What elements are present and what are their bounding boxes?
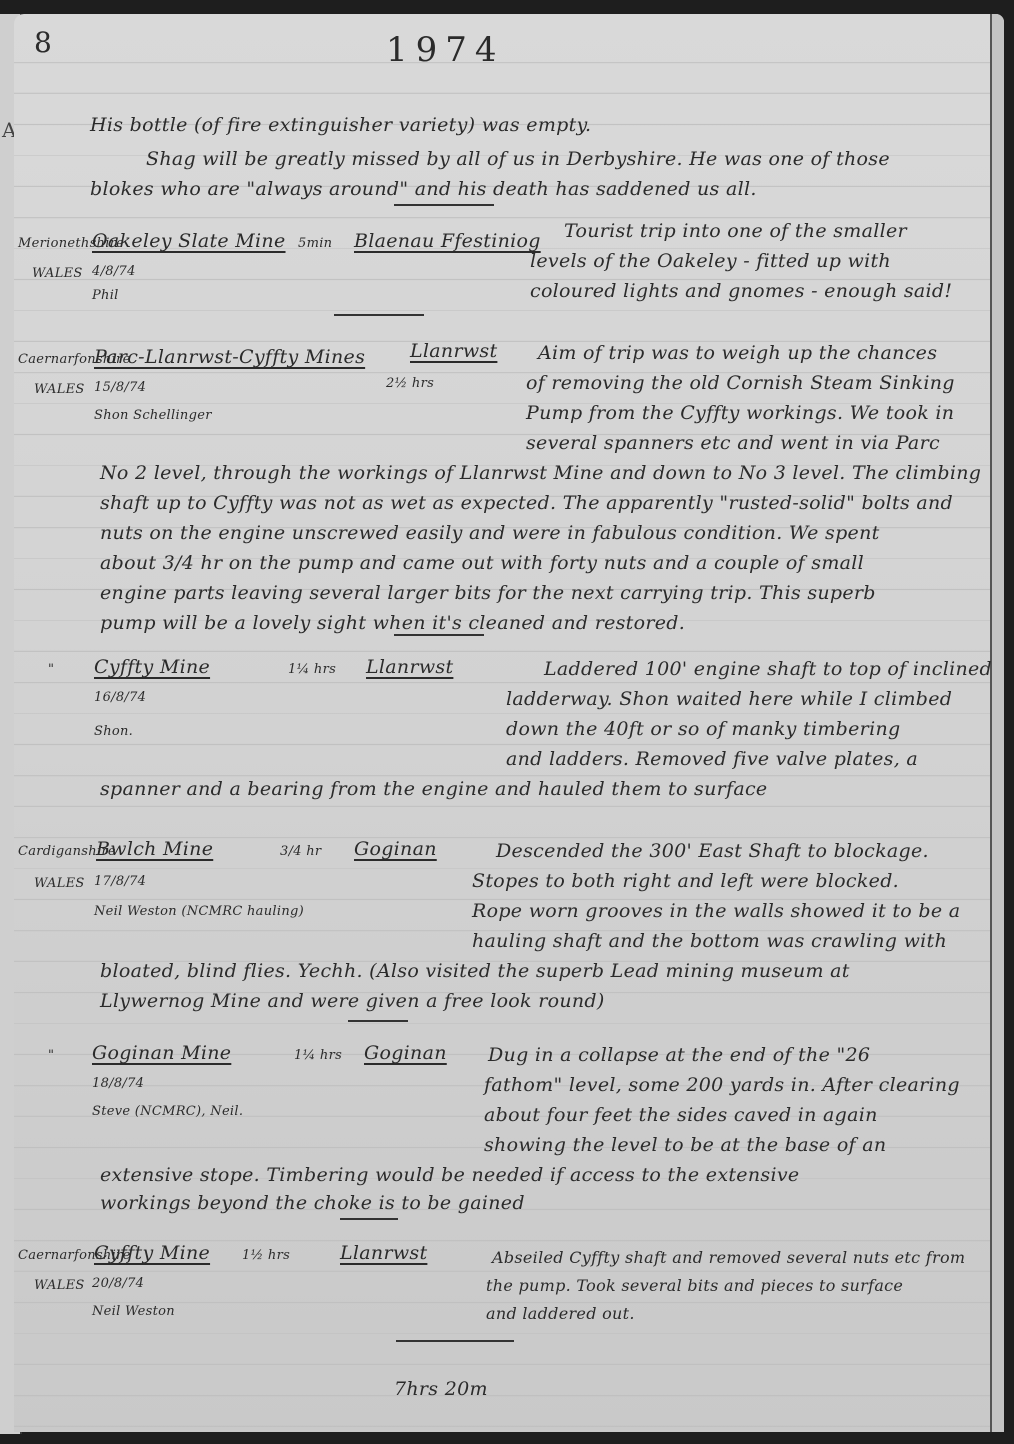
entry-note: workings beyond the choke is to be gaine… bbox=[100, 1192, 525, 1214]
entry-date: 15/8/74 bbox=[94, 380, 146, 395]
entry-location: Llanrwst bbox=[340, 1242, 427, 1264]
entry-note: levels of the Oakeley - fitted up with bbox=[530, 250, 891, 272]
entry-mine: Parc-Llanrwst-Cyffty Mines bbox=[94, 346, 365, 368]
entry-party: Shon Schellinger bbox=[94, 408, 212, 423]
entry-country: WALES bbox=[34, 382, 85, 397]
entry-date: 20/8/74 bbox=[92, 1276, 144, 1291]
intro-line: His bottle (of fire extinguisher variety… bbox=[90, 114, 591, 136]
separator-line bbox=[394, 204, 494, 206]
entry-duration: 2½ hrs bbox=[386, 376, 434, 391]
intro-line: Shag will be greatly missed by all of us… bbox=[146, 148, 890, 170]
entry-note: fathom" level, some 200 yards in. After … bbox=[484, 1074, 960, 1096]
entry-party: Shon. bbox=[94, 724, 133, 739]
page-number: 8 bbox=[34, 26, 52, 59]
entry-duration: 1¼ hrs bbox=[288, 662, 336, 677]
entry-note: engine parts leaving several larger bits… bbox=[100, 582, 876, 604]
entry-location: Llanrwst bbox=[410, 340, 497, 362]
entry-date: 16/8/74 bbox=[94, 690, 146, 705]
entry-note: Abseiled Cyffty shaft and removed severa… bbox=[492, 1248, 965, 1267]
entry-note: No 2 level, through the workings of Llan… bbox=[100, 462, 981, 484]
entry-party: Neil Weston (NCMRC hauling) bbox=[94, 904, 304, 919]
entry-location: Blaenau Ffestiniog bbox=[354, 230, 541, 252]
entry-mine: Cyffty Mine bbox=[94, 1242, 210, 1264]
entry-note: Llywernog Mine and were given a free loo… bbox=[100, 990, 605, 1012]
separator-line bbox=[340, 1218, 398, 1220]
entry-note: Laddered 100' engine shaft to top of inc… bbox=[544, 658, 992, 680]
intro-line: blokes who are "always around" and his d… bbox=[90, 178, 757, 200]
separator-line bbox=[334, 314, 424, 316]
entry-note: Descended the 300' East Shaft to blockag… bbox=[496, 840, 929, 862]
entry-note: shaft up to Cyffty was not as wet as exp… bbox=[100, 492, 953, 514]
entry-mine: Oakeley Slate Mine bbox=[92, 230, 286, 252]
entry-note: hauling shaft and the bottom was crawlin… bbox=[472, 930, 947, 952]
entry-duration: 1½ hrs bbox=[242, 1248, 290, 1263]
entry-location: Llanrwst bbox=[366, 656, 453, 678]
entry-location: Goginan bbox=[364, 1042, 447, 1064]
entry-region: " bbox=[48, 1048, 54, 1063]
entry-note: Pump from the Cyffty workings. We took i… bbox=[526, 402, 954, 424]
entry-date: 17/8/74 bbox=[94, 874, 146, 889]
entry-note: ladderway. Shon waited here while I clim… bbox=[506, 688, 952, 710]
entry-date: 4/8/74 bbox=[92, 264, 136, 279]
entry-note: spanner and a bearing from the engine an… bbox=[100, 778, 767, 800]
entry-party: Phil bbox=[92, 288, 119, 303]
total-time: 7hrs 20m bbox=[394, 1378, 488, 1400]
entry-note: nuts on the engine unscrewed easily and … bbox=[100, 522, 880, 544]
entry-note: Dug in a collapse at the end of the "26 bbox=[488, 1044, 870, 1066]
entry-party: Steve (NCMRC), Neil. bbox=[92, 1104, 243, 1119]
page-year: 1974 bbox=[386, 30, 505, 70]
entry-note: showing the level to be at the base of a… bbox=[484, 1134, 886, 1156]
entry-note: about four feet the sides caved in again bbox=[484, 1104, 878, 1126]
entry-duration: 5min bbox=[298, 236, 332, 251]
entry-note: extensive stope. Timbering would be need… bbox=[100, 1164, 799, 1186]
entry-note: and ladders. Removed five valve plates, … bbox=[506, 748, 918, 770]
entry-date: 18/8/74 bbox=[92, 1076, 144, 1091]
entry-duration: 1¼ hrs bbox=[294, 1048, 342, 1063]
entry-note: and laddered out. bbox=[486, 1304, 635, 1323]
notebook-page: 8 1974 His bottle (of fire extinguisher … bbox=[14, 14, 1004, 1432]
entry-note: Rope worn grooves in the walls showed it… bbox=[472, 900, 960, 922]
separator-line bbox=[394, 634, 484, 636]
entry-note: Aim of trip was to weigh up the chances bbox=[538, 342, 937, 364]
entry-note: coloured lights and gnomes - enough said… bbox=[530, 280, 952, 302]
page-edge bbox=[990, 14, 1004, 1432]
entry-note: Stopes to both right and left were block… bbox=[472, 870, 899, 892]
entry-duration: 3/4 hr bbox=[280, 844, 321, 859]
entry-mine: Goginan Mine bbox=[92, 1042, 231, 1064]
entry-mine: Bwlch Mine bbox=[96, 838, 213, 860]
separator-line bbox=[396, 1340, 514, 1342]
entry-region: " bbox=[48, 662, 54, 677]
separator-line bbox=[348, 1020, 408, 1022]
entry-note: the pump. Took several bits and pieces t… bbox=[486, 1276, 903, 1295]
entry-note: Tourist trip into one of the smaller bbox=[564, 220, 907, 242]
entry-note: several spanners etc and went in via Par… bbox=[526, 432, 940, 454]
entry-note: about 3/4 hr on the pump and came out wi… bbox=[100, 552, 864, 574]
entry-location: Goginan bbox=[354, 838, 437, 860]
entry-country: WALES bbox=[34, 1278, 85, 1293]
entry-note: of removing the old Cornish Steam Sinkin… bbox=[526, 372, 955, 394]
entry-country: WALES bbox=[34, 876, 85, 891]
entry-note: bloated, blind flies. Yechh. (Also visit… bbox=[100, 960, 850, 982]
entry-country: WALES bbox=[32, 266, 83, 281]
entry-note: down the 40ft or so of manky timbering bbox=[506, 718, 900, 740]
entry-mine: Cyffty Mine bbox=[94, 656, 210, 678]
entry-party: Neil Weston bbox=[92, 1304, 175, 1319]
entry-note: pump will be a lovely sight when it's cl… bbox=[100, 612, 685, 634]
